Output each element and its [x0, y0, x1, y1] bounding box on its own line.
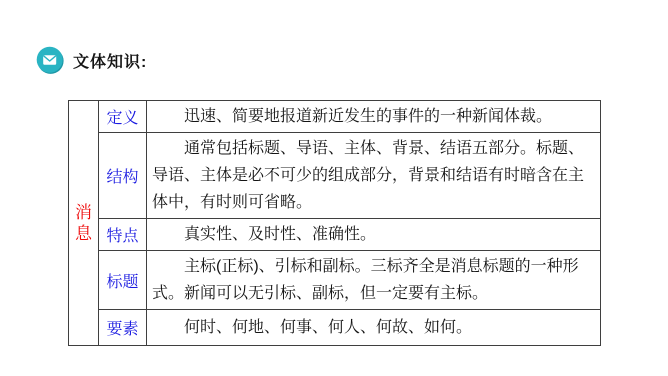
- topic-char: 消: [69, 202, 98, 223]
- table-row: 结构 通常包括标题、导语、主体、背景、结语五部分。标题、导语、主体是必不可少的组…: [69, 133, 601, 219]
- page-title: 文体知识:: [73, 49, 147, 72]
- table-row: 特点 真实性、及时性、准确性。: [69, 219, 601, 251]
- content-text: 主标(正标)、引标和副标。三标齐全是消息标题的一种形式。新闻可以无引标、副标，但…: [152, 253, 595, 307]
- row-content-definition: 迅速、简要地报道新近发生的事件的一种新闻体裁。: [147, 101, 601, 133]
- row-label-features: 特点: [99, 219, 147, 251]
- row-content-elements: 何时、何地、何事、何人、何故、如何。: [147, 310, 601, 346]
- news-knowledge-table: 消 息 定义 迅速、简要地报道新近发生的事件的一种新闻体裁。 结构 通常包括标题…: [68, 100, 601, 346]
- row-content-headline: 主标(正标)、引标和副标。三标齐全是消息标题的一种形式。新闻可以无引标、副标，但…: [147, 251, 601, 310]
- row-content-structure: 通常包括标题、导语、主体、背景、结语五部分。标题、导语、主体是必不可少的组成部分…: [147, 133, 601, 219]
- row-label-headline: 标题: [99, 251, 147, 310]
- content-text: 迅速、简要地报道新近发生的事件的一种新闻体裁。: [152, 103, 595, 130]
- slide-header: 文体知识:: [36, 46, 147, 74]
- row-label-structure: 结构: [99, 133, 147, 219]
- topic-cell: 消 息: [69, 101, 99, 346]
- content-text: 何时、何地、何事、何人、何故、如何。: [152, 314, 595, 341]
- row-label-elements: 要素: [99, 310, 147, 346]
- table-row: 要素 何时、何地、何事、何人、何故、如何。: [69, 310, 601, 346]
- table-row: 消 息 定义 迅速、简要地报道新近发生的事件的一种新闻体裁。: [69, 101, 601, 133]
- envelope-icon: [36, 46, 64, 74]
- content-text: 通常包括标题、导语、主体、背景、结语五部分。标题、导语、主体是必不可少的组成部分…: [152, 135, 595, 216]
- row-content-features: 真实性、及时性、准确性。: [147, 219, 601, 251]
- content-text: 真实性、及时性、准确性。: [152, 221, 595, 248]
- row-label-definition: 定义: [99, 101, 147, 133]
- topic-char: 息: [69, 223, 98, 244]
- table-row: 标题 主标(正标)、引标和副标。三标齐全是消息标题的一种形式。新闻可以无引标、副…: [69, 251, 601, 310]
